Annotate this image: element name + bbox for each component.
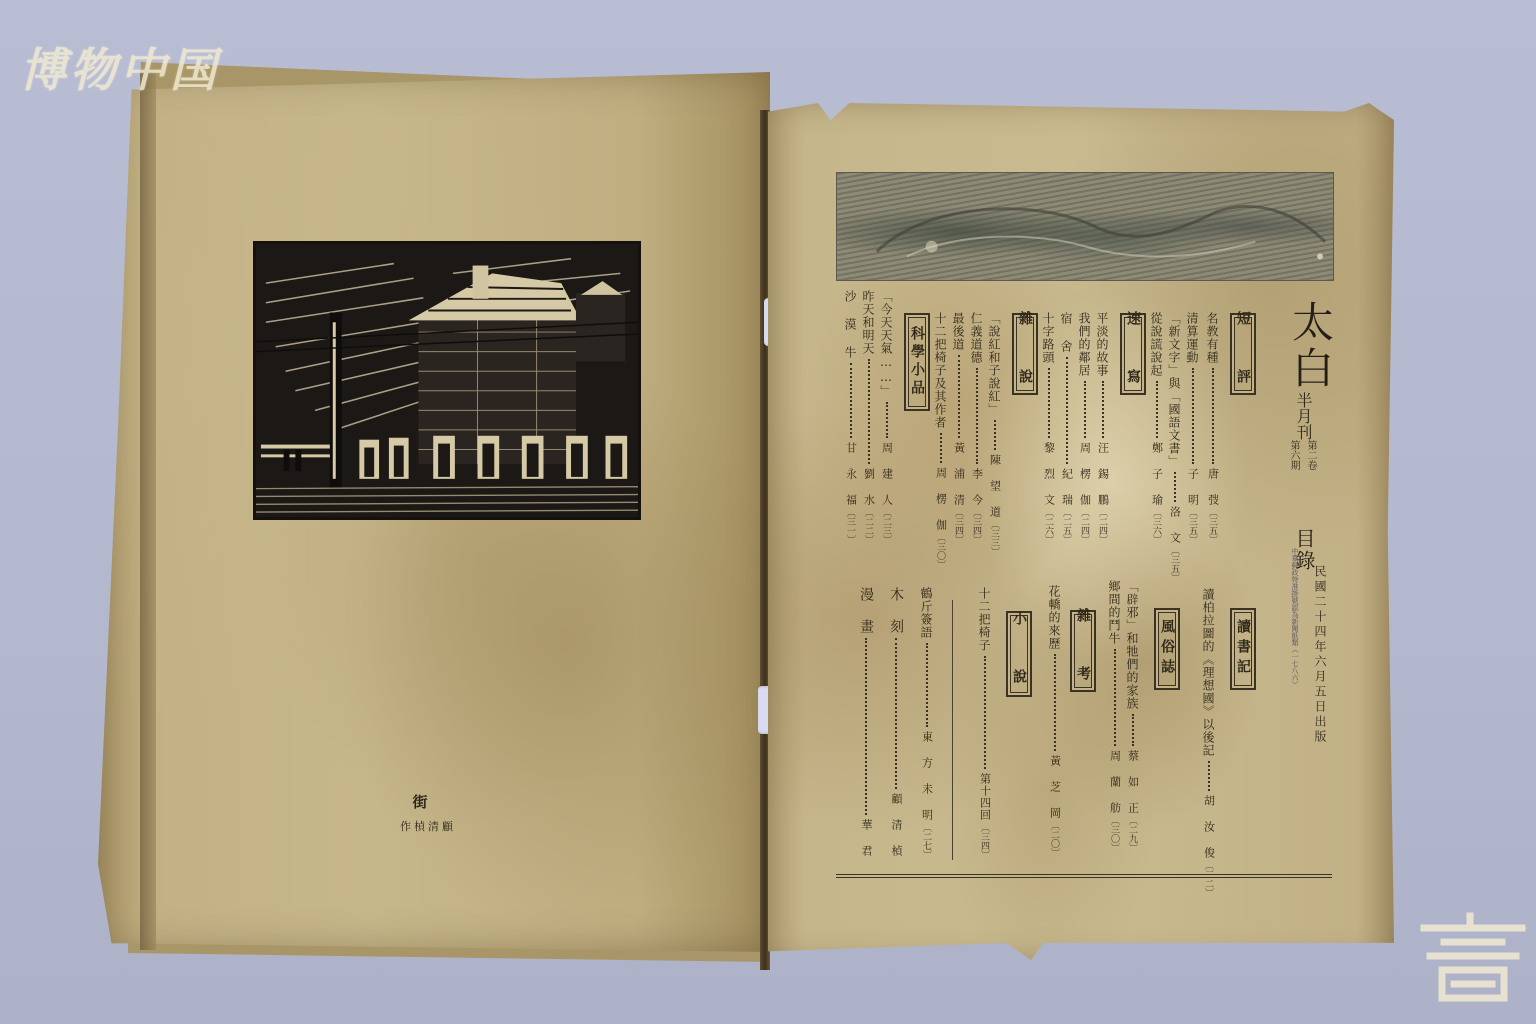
toc-entry[interactable]: 讀柏拉圖的《理想國》以後記胡 汝 俊〔三二〕	[1200, 588, 1217, 850]
section-miscellany: 雜 說	[1012, 313, 1038, 395]
section-short-commentary: 短 評	[1230, 313, 1256, 395]
toc-entry[interactable]: 沙 漠 牛甘 永 福〔三一〕	[842, 290, 859, 544]
volume-issue: 第二卷 第六期	[1286, 440, 1318, 470]
toc-entry[interactable]: 「新文字」與「國語文書」洛 文〔三五〕	[1166, 312, 1183, 544]
section-miscellaneous-studies: 雜 考	[1070, 610, 1096, 692]
header-banner	[836, 172, 1334, 281]
section-customs: 風俗誌	[1154, 608, 1180, 690]
toc-entry[interactable]: 十二把椅子及其作者周 楞 伽〔三〇〕	[932, 312, 949, 544]
section-sketches: 速 寫	[1120, 313, 1146, 395]
toc-entry[interactable]: 「說紅和子說紅」陳 望 道〔三三〕	[986, 312, 1003, 544]
woodcut-caption-author: 作楨清顧	[388, 818, 468, 834]
publication-date: 民國二十四年六月五日出版	[1312, 565, 1329, 745]
bottom-rule	[836, 874, 1332, 878]
museum-logo-icon	[1418, 912, 1528, 1007]
toc-entry[interactable]: 昨天和明天劉 水〔二二〕	[860, 290, 877, 544]
toc-entry[interactable]: 最後道黃 浦 清〔三四〕	[950, 312, 967, 544]
woodcut-street-scene-icon	[256, 244, 638, 517]
section-fiction: 小 說	[1006, 611, 1032, 697]
woodcut-caption-title: 街	[400, 791, 440, 812]
toc-entry[interactable]: 「辟邪」和牠們的家族蔡 如 正〔二九〕	[1124, 580, 1141, 852]
toc-entry[interactable]: 十字路頭黎 烈 文〔二六〕	[1040, 312, 1057, 544]
postal-registration: 中華郵政特准掛號認為新聞紙類（一七八六）	[1290, 548, 1300, 688]
column-divider	[952, 600, 953, 860]
header-illustration-icon	[837, 173, 1333, 280]
toc-entry[interactable]: 仁義道德李 今〔三四〕	[968, 312, 985, 544]
toc-entry[interactable]: 十二把椅子第十四回〔三四〕	[976, 587, 993, 859]
toc-entry[interactable]: 我們的鄰居周 楞 伽〔二四〕	[1076, 312, 1093, 544]
toc-entry[interactable]: 名教有種唐 弢〔三五〕	[1204, 312, 1221, 544]
toc-entry[interactable]: 花轎的來歷黃 芝 岡〔二〇〕	[1046, 585, 1063, 857]
toc-entry[interactable]: 鄉間的鬥牛周 蘭 舫〔三〇〕	[1106, 580, 1123, 852]
toc-entry[interactable]: 平淡的故事汪 錫 鵬〔二四〕	[1094, 312, 1111, 544]
toc-entry[interactable]: 從說謊說起鄭 子 瑜〔三六〕	[1148, 312, 1165, 544]
toc-entry[interactable]: 「今天天氣……」周 建 人〔二三〕	[878, 290, 895, 544]
magazine-subtitle: 半月刊	[1292, 392, 1315, 440]
volume-line: 第二卷	[1303, 440, 1318, 470]
section-science-essays: 科學小品	[904, 313, 930, 411]
watermark-text: 博物中国	[20, 34, 220, 100]
toc-entry[interactable]: 清算運動子 明〔三五〕	[1184, 312, 1201, 544]
toc-entry[interactable]: 木 刻顧 清 楨	[886, 587, 906, 859]
toc-entry[interactable]: 宿 舍紀 瑞〔二五〕	[1058, 312, 1075, 544]
toc-entry[interactable]: 鶴斤簽語東 方 未 明〔二七〕	[918, 587, 935, 859]
magazine-title: 太白	[1280, 300, 1340, 392]
section-reading-notes: 讀書記	[1230, 608, 1256, 690]
page-edge	[140, 70, 156, 950]
issue-line: 第六期	[1286, 440, 1301, 470]
woodcut-image	[253, 241, 641, 520]
toc-entry[interactable]: 漫 畫華 君	[856, 587, 876, 859]
